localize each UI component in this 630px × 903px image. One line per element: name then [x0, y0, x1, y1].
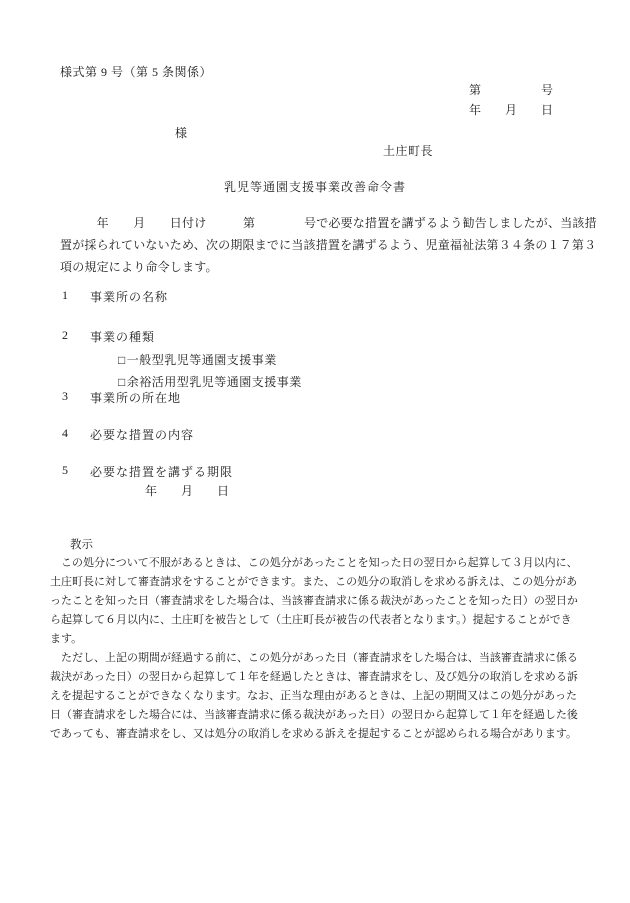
deadline-date-blank: 年 月 日: [145, 482, 229, 499]
option-surplus-type: □余裕活用型乳児等通園支援事業: [118, 373, 302, 390]
page-title: 乳児等通園支援事業改善命令書: [0, 178, 630, 195]
issue-date-blank: 年 月 日: [469, 101, 553, 118]
item-label: 事業の種類: [90, 328, 155, 345]
item-number: 3: [62, 389, 90, 406]
checkbox-icon: □: [118, 375, 126, 389]
item-business-address: 3 事業所の所在地: [62, 389, 181, 406]
notice-paragraph-exception: ただし、上記の期間が経過する前に、この処分があった日（審査請求をした場合は、当該…: [50, 649, 578, 744]
item-label: 必要な措置の内容: [90, 426, 194, 443]
item-label: 事業所の名称: [90, 288, 168, 305]
option-label: 一般型乳児等通園支援事業: [127, 353, 277, 367]
item-business-name: 1 事業所の名称: [62, 288, 168, 305]
item-label: 事業所の所在地: [90, 389, 181, 406]
item-measure-deadline: 5 必要な措置を講ずる期限: [62, 463, 233, 480]
option-general-type: □一般型乳児等通園支援事業: [118, 351, 277, 368]
item-number: 4: [62, 426, 90, 443]
order-body-paragraph: 年 月 日付け 第 号で必要な措置を講ずるよう勧告しましたが、当該措 置が採られ…: [60, 212, 597, 278]
item-required-measures: 4 必要な措置の内容: [62, 426, 194, 443]
option-label: 余裕活用型乳児等通園支援事業: [127, 375, 302, 389]
document-number-blank: 第 号: [469, 81, 553, 98]
document-page: 様式第 9 号（第 5 条関係） 第 号 年 月 日 様 土庄町長 乳児等通園支…: [0, 0, 630, 903]
item-business-type: 2 事業の種類: [62, 328, 155, 345]
notice-paragraph-appeal: この処分について不服があるときは、この処分があったことを知った日の翌日から起算し…: [50, 554, 578, 649]
item-label: 必要な措置を講ずる期限: [90, 463, 233, 480]
recipient-honorific: 様: [175, 124, 187, 141]
issuer-name: 土庄町長: [383, 142, 433, 159]
item-number: 1: [62, 288, 90, 305]
notice-heading: 教示: [70, 536, 93, 552]
form-number: 様式第 9 号（第 5 条関係）: [60, 63, 212, 80]
item-number: 5: [62, 463, 90, 480]
item-number: 2: [62, 328, 90, 345]
checkbox-icon: □: [118, 353, 126, 367]
